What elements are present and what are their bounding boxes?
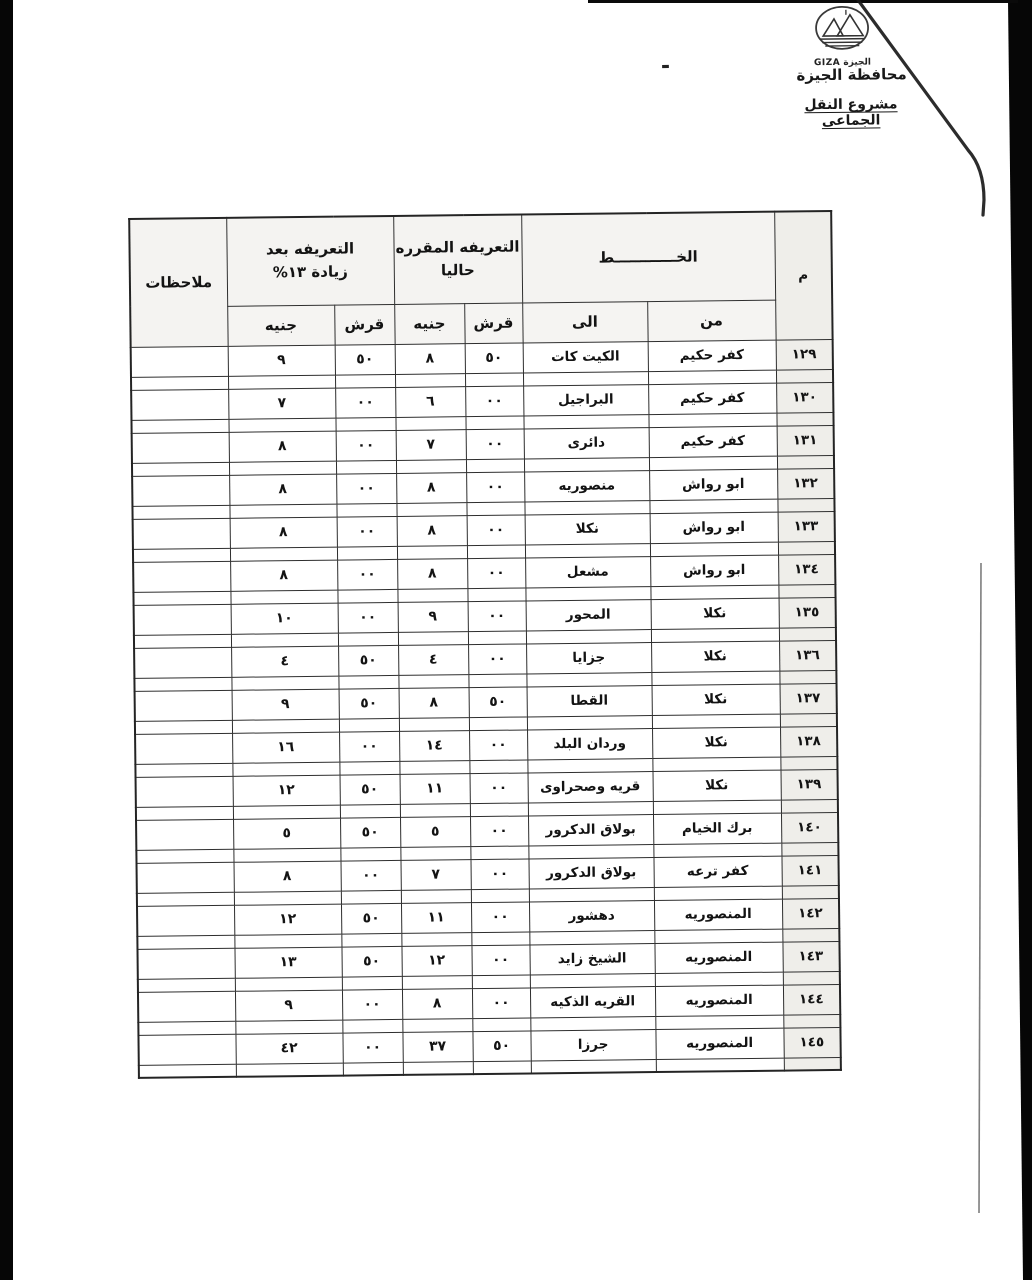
notes-cell <box>136 819 233 850</box>
notes-cell <box>135 690 232 721</box>
notes-cell <box>137 862 234 893</box>
current-geneh-cell: ٨ <box>396 472 466 503</box>
current-qirsh-cell: ٠٠ <box>466 428 524 459</box>
header-current-tariff: التعريفه المقرره حاليا <box>393 215 522 304</box>
current-qirsh-cell: ٠٠ <box>469 729 527 760</box>
row-number-cell: ١٤٣ <box>782 941 839 972</box>
increased-qirsh-cell: ٠٠ <box>338 602 398 633</box>
from-cell: كفر حكيم <box>648 340 776 371</box>
to-cell: الشيخ زايد <box>529 943 654 974</box>
notes-cell <box>134 604 231 635</box>
increased-qirsh-cell: ٠٠ <box>336 430 396 461</box>
increased-qirsh-cell: ٠٠ <box>342 989 402 1020</box>
increased-qirsh-cell: ٠٠ <box>337 516 397 547</box>
notes-cell <box>138 991 235 1022</box>
to-cell: جزايا <box>526 642 651 673</box>
from-cell: المنصوريه <box>655 985 783 1016</box>
current-qirsh-cell: ٠٠ <box>467 557 525 588</box>
increased-geneh-cell: ٤ <box>231 646 338 677</box>
current-geneh-cell: ٨ <box>399 687 469 718</box>
current-geneh-cell: ٧ <box>396 429 466 460</box>
increased-geneh-cell: ٨ <box>230 517 337 548</box>
to-cell: البراجيل <box>523 384 648 415</box>
scanned-page: الجيزة GIZA محافظة الجيزة مشروع النقل ال… <box>0 0 1032 1280</box>
increased-geneh-cell: ٤٢ <box>235 1033 342 1064</box>
header-current-tariff-line2: حاليا <box>394 259 521 284</box>
current-geneh-cell: ٨ <box>395 343 465 374</box>
row-number-cell: ١٣٨ <box>780 726 837 757</box>
from-cell: المنصوريه <box>654 899 782 930</box>
increased-geneh-cell: ٧ <box>228 388 335 419</box>
to-cell: وردان البلد <box>527 728 652 759</box>
increased-geneh-cell: ١٢ <box>234 904 341 935</box>
increased-qirsh-cell: ٠٠ <box>339 731 399 762</box>
current-geneh-cell: ١٢ <box>401 945 471 976</box>
row-number-cell: ١٣٩ <box>781 769 838 800</box>
to-cell: بولاق الدكرور <box>528 857 653 888</box>
increased-geneh-cell: ٨ <box>229 431 336 462</box>
to-cell: المحور <box>526 599 651 630</box>
row-number-cell: ١٣٧ <box>780 683 837 714</box>
increased-qirsh-cell: ٠٠ <box>342 1032 402 1063</box>
project-title: مشروع النقل الجماعى <box>776 96 926 130</box>
notes-cell <box>132 432 229 463</box>
current-qirsh-cell: ٠٠ <box>471 901 529 932</box>
header-notes: ملاحظات <box>129 218 227 347</box>
current-qirsh-cell: ٠٠ <box>465 385 523 416</box>
to-cell: الكيت كات <box>523 341 648 372</box>
from-cell: نكلا <box>652 727 780 758</box>
increased-qirsh-cell: ٠٠ <box>340 860 400 891</box>
notes-cell <box>133 518 230 549</box>
notes-cell <box>137 948 234 979</box>
current-qirsh-cell: ٥٠ <box>465 342 523 373</box>
increased-qirsh-cell: ٥٠ <box>340 774 400 805</box>
header-current-qirsh: قرش <box>464 302 522 343</box>
from-cell: نكلا <box>651 598 779 629</box>
current-geneh-cell: ٨ <box>397 558 467 589</box>
to-cell: دائرى <box>524 427 649 458</box>
current-qirsh-cell: ٠٠ <box>467 514 525 545</box>
to-cell: بولاق الدكرور <box>528 814 653 845</box>
to-cell: نكلا <box>525 513 650 544</box>
row-number-cell: ١٤٥ <box>783 1027 840 1058</box>
notes-cell <box>131 346 228 377</box>
increased-qirsh-cell: ٠٠ <box>336 473 396 504</box>
from-cell: نكلا <box>653 770 781 801</box>
current-qirsh-cell: ٠٠ <box>468 643 526 674</box>
notes-cell <box>131 389 228 420</box>
increased-geneh-cell: ٩ <box>235 990 342 1021</box>
header-current-geneh: جنيه <box>394 303 464 344</box>
header-to: الى <box>522 301 647 342</box>
increased-qirsh-cell: ٥٠ <box>335 344 395 375</box>
notes-cell <box>136 776 233 807</box>
current-geneh-cell: ٣٧ <box>402 1031 472 1062</box>
row-number-cell: ١٣٢ <box>777 468 834 499</box>
current-geneh-cell: ١١ <box>401 902 471 933</box>
from-cell: كفر حكيم <box>648 383 776 414</box>
increased-qirsh-cell: ٥٠ <box>338 645 398 676</box>
from-cell: المنصوريه <box>654 942 782 973</box>
current-qirsh-cell: ٠٠ <box>468 600 526 631</box>
notes-cell <box>135 733 232 764</box>
header-increased-qirsh: قرش <box>334 304 394 345</box>
page-dash-mark: - <box>653 54 677 79</box>
current-geneh-cell: ٨ <box>402 988 472 1019</box>
to-cell: قريه وصحراوى <box>528 771 653 802</box>
current-geneh-cell: ١٤ <box>399 730 469 761</box>
notes-cell <box>134 647 231 678</box>
increased-geneh-cell: ١٦ <box>232 732 339 763</box>
increased-geneh-cell: ١٣ <box>234 947 341 978</box>
from-cell: نكلا <box>651 641 779 672</box>
governorate-title: محافظة الجيزة <box>790 65 914 84</box>
header-number: م <box>774 211 832 340</box>
fare-table-header: م الخــــــــــــط التعريفه المقرره حالي… <box>129 211 832 347</box>
current-geneh-cell: ٤ <box>398 644 468 675</box>
from-cell: كفر حكيم <box>649 426 777 457</box>
row-number-cell: ١٤٤ <box>783 984 840 1015</box>
to-cell: منصوريه <box>524 470 649 501</box>
row-number-cell: ١٤٢ <box>782 898 839 929</box>
current-qirsh-cell: ٠٠ <box>470 772 528 803</box>
increased-geneh-cell: ١٠ <box>231 603 338 634</box>
row-number-cell: ١٣٥ <box>779 597 836 628</box>
increased-qirsh-cell: ٥٠ <box>341 946 401 977</box>
header-line: الخــــــــــــط <box>521 212 775 303</box>
current-qirsh-cell: ٥٠ <box>472 1030 530 1061</box>
current-qirsh-cell: ٠٠ <box>471 944 529 975</box>
fare-table: م الخــــــــــــط التعريفه المقرره حالي… <box>128 210 842 1079</box>
increased-geneh-cell: ١٢ <box>233 775 340 806</box>
from-cell: المنصوريه <box>655 1028 783 1059</box>
header-line-label: الخــــــــــــط <box>599 248 698 267</box>
header-increased-tariff: التعريفه بعد زيادة ١٣% <box>226 216 394 306</box>
increased-qirsh-cell: ٠٠ <box>335 387 395 418</box>
row-number-cell: ١٤٠ <box>781 812 838 843</box>
increased-geneh-cell: ٥ <box>233 818 340 849</box>
increased-qirsh-cell: ٥٠ <box>339 688 399 719</box>
fare-table-body: ١٢٩ كفر حكيم الكيت كات ٥٠ ٨ ٥٠ ٩ ١٣٠ كفر… <box>131 339 841 1078</box>
from-cell: ابو رواش <box>650 555 778 586</box>
current-geneh-cell: ٨ <box>397 515 467 546</box>
row-number-cell: ١٣٠ <box>776 382 833 413</box>
increased-geneh-cell: ٨ <box>230 560 337 591</box>
from-cell: برك الخيام <box>653 813 781 844</box>
from-cell: كفر ترعه <box>654 856 782 887</box>
current-qirsh-cell: ٠٠ <box>472 987 530 1018</box>
row-number-cell: ١٤١ <box>781 855 838 886</box>
row-number-cell: ١٣٣ <box>778 511 835 542</box>
row-number-cell: ١٣١ <box>777 425 834 456</box>
current-qirsh-cell: ٠٠ <box>471 858 529 889</box>
from-cell: نكلا <box>652 684 780 715</box>
increased-geneh-cell: ٨ <box>234 861 341 892</box>
current-qirsh-cell: ٠٠ <box>466 471 524 502</box>
notes-cell <box>132 475 229 506</box>
to-cell: مشعل <box>525 556 650 587</box>
increased-geneh-cell: ٩ <box>232 689 339 720</box>
notes-cell <box>138 1034 235 1065</box>
current-geneh-cell: ٦ <box>395 386 465 417</box>
current-geneh-cell: ١١ <box>400 773 470 804</box>
header-current-tariff-line1: التعريفه المقرره <box>394 236 521 261</box>
increased-qirsh-cell: ٥٠ <box>340 817 400 848</box>
row-number-cell: ١٢٩ <box>776 339 833 370</box>
to-cell: القريه الذكيه <box>530 986 655 1017</box>
header-from: من <box>647 300 775 341</box>
row-number-cell: ١٣٤ <box>778 554 835 585</box>
row-number-cell: ١٣٦ <box>779 640 836 671</box>
to-cell: دهشور <box>529 900 654 931</box>
current-qirsh-cell: ٥٠ <box>469 686 527 717</box>
increased-qirsh-cell: ٠٠ <box>337 559 397 590</box>
current-geneh-cell: ٧ <box>400 859 470 890</box>
notes-cell <box>137 905 234 936</box>
from-cell: ابو رواش <box>650 512 778 543</box>
from-cell: ابو رواش <box>649 469 777 500</box>
header-increased-tariff-line1: التعريفه بعد <box>227 237 393 262</box>
increased-qirsh-cell: ٥٠ <box>341 903 401 934</box>
current-geneh-cell: ٩ <box>398 601 468 632</box>
header-increased-tariff-line2: زيادة ١٣% <box>227 260 393 285</box>
to-cell: جرزا <box>530 1029 655 1060</box>
increased-geneh-cell: ٨ <box>229 474 336 505</box>
giza-governorate-logo: الجيزة GIZA <box>806 3 879 68</box>
header-increased-geneh: جنيه <box>227 305 334 346</box>
increased-geneh-cell: ٩ <box>228 345 335 376</box>
notes-cell <box>133 561 230 592</box>
current-geneh-cell: ٥ <box>400 816 470 847</box>
giza-emblem-icon <box>810 3 875 56</box>
to-cell: القطا <box>527 685 652 716</box>
current-qirsh-cell: ٠٠ <box>470 815 528 846</box>
